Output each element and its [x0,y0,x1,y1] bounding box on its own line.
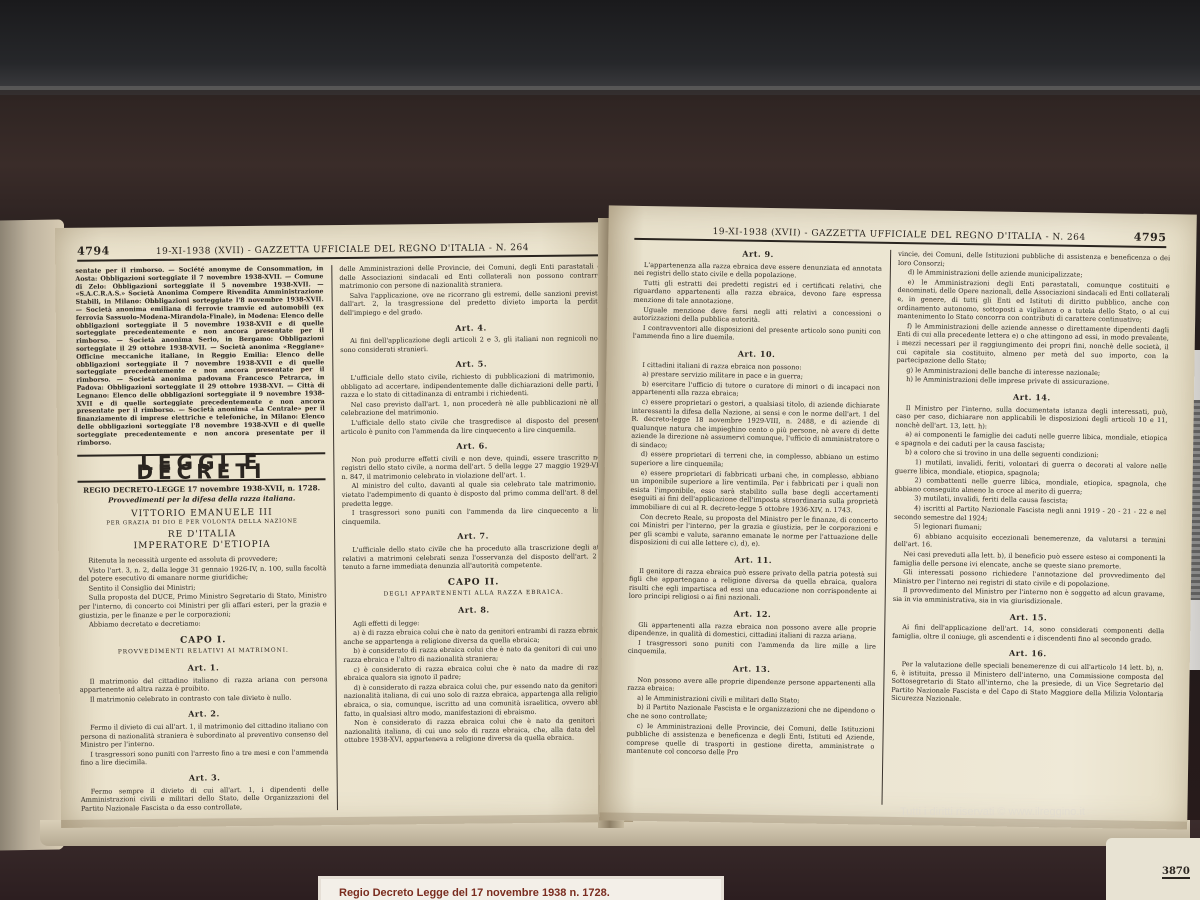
article-13-continuation: e) le Amministrazioni degli Enti parasta… [897,278,1170,325]
article-6-paragraph: Al ministro del culto, davanti al quale … [342,480,604,509]
king-grace-formula: PER GRAZIA DI DIO E PER VOLONTÀ DELLA NA… [78,517,326,528]
article-14-paragraph: Il provvedimento del Ministro per l'inte… [893,586,1165,607]
article-8-paragraph: d) è considerato di razza ebraica colui … [344,681,606,718]
left-running-head: 19-XI-1938 (XVII) - GAZZETTA UFFICIALE D… [156,243,529,257]
article-10-paragraph: c) essere proprietari o gestori, a quals… [631,398,880,453]
copyright-watermark: Tutti i diritti riservati © www.ilreggin… [900,806,1085,818]
article-6-paragraph: Non può produrre effetti civili e non de… [341,453,603,482]
right-column-divider [881,250,891,805]
left-page-column-1: sentate per il rimborso. — Société anony… [75,265,329,814]
article-12-title: Art. 12. [628,608,876,620]
adjacent-exhibit-number: 3870 [1162,866,1190,879]
article-12-paragraph: I trasgressori sono puniti con l'ammenda… [628,639,876,660]
article-8-title: Art. 8. [343,604,605,615]
right-page-header: 19-XI-1938 (XVII) - GAZZETTA UFFICIALE D… [634,220,1166,248]
article-2-paragraph: I trasgressori sono puniti con l'arresto… [80,748,328,768]
article-8-paragraph: a) è di razza ebraica colui che è nato d… [343,626,605,646]
article-4-title: Art. 4. [340,322,602,333]
preamble-line: Sulla proposta del DUCE, Primo Ministro … [79,592,327,620]
display-shelf-edge [0,86,1200,90]
article-13-paragraph: c) le Amministrazioni delle Provincie, d… [626,721,875,759]
king-title-re: RE D'ITALIA [78,529,326,540]
right-page-column-1: Art. 9. L'appartenenza alla razza ebraic… [626,246,882,761]
article-14-title: Art. 14. [896,391,1168,404]
right-page-column-2: vincie, dei Comuni, delle Istituzioni pu… [891,250,1170,708]
article-5-title: Art. 5. [340,359,602,370]
preamble-line: Abbiamo decretato e decretiamo: [79,618,327,629]
left-page-header: 4794 19-XI-1938 (XVII) - GAZZETTA UFFICI… [77,236,605,262]
article-3-continuation: Salva l'applicazione, ove ne ricorrano g… [340,289,602,318]
article-3-paragraph: Fermo sempre il divieto di cui all'art. … [81,785,329,813]
left-column-divider [331,265,338,810]
article-8-paragraph: b) è considerato di razza ebraica colui … [343,645,605,665]
article-11-title: Art. 11. [629,554,877,566]
preamble-line: Visto l'art. 3, n. 2, della legge 31 gen… [78,564,326,584]
article-10-paragraph: Con decreto Reale, su proposta del Minis… [630,512,879,550]
article-14-paragraph: Il Ministro per l'interno, sulla documen… [895,403,1167,433]
gazette-right-page: 19-XI-1938 (XVII) - GAZZETTA UFFICIALE D… [599,205,1197,829]
article-4-paragraph: Ai fini dell'applicazione degli articoli… [340,334,602,354]
capo-1-title: CAPO I. [79,635,327,646]
exhibit-caption-card: Regio Decreto Legge del 17 novembre 1938… [318,876,724,900]
decree-subtitle: Provvedimenti per la difesa della razza … [78,494,326,505]
article-7-paragraph: L'ufficiale dello stato civile che ha pr… [342,543,604,572]
article-9-paragraph: Tutti gli estratti dei predetti registri… [633,279,881,309]
gazette-left-page: 4794 19-XI-1938 (XVII) - GAZZETTA UFFICI… [55,222,633,828]
capo-2-title: CAPO II. [343,577,605,588]
article-9-paragraph: I contravventori alle disposizioni del p… [633,324,881,345]
right-page-number: 4795 [1134,231,1167,245]
article-15-paragraph: Ai fini dell'applicazione dell'art. 14, … [892,623,1164,644]
king-title-imperatore: IMPERATORE D'ETIOPIA [78,541,326,552]
article-1-paragraph: Il matrimonio celebrato in contrasto con… [80,693,328,704]
adjacent-exhibit-card: 3870 [1106,838,1200,900]
article-3-title: Art. 3. [81,772,329,783]
article-8-paragraph: c) è considerato di razza ebraica colui … [343,663,605,683]
article-8-paragraph: Non è considerato di razza ebraica colui… [344,716,606,745]
article-2-paragraph: Fermo il divieto di cui all'art. 1, il m… [80,721,328,749]
bond-notices-text: sentate per il rimborso. — Société anony… [75,265,325,447]
left-page-number: 4794 [77,244,110,257]
left-page-column-2: delle Amministrazioni delle Provincie, d… [339,262,606,746]
article-6-title: Art. 6. [341,440,603,451]
capo-1-subtitle: Provvedimenti relativi ai matrimoni. [79,647,327,658]
article-7-title: Art. 7. [342,531,604,542]
capo-2-subtitle: Degli appartenenti alla razza ebraica. [343,589,605,600]
article-5-paragraph: L'ufficiale dello stato civile che trasg… [341,416,603,436]
article-5-paragraph: Nel caso previsto dall'art. 1, non proce… [341,398,603,418]
article-13-title: Art. 13. [628,663,876,675]
article-10-title: Art. 10. [632,348,880,360]
right-running-head: 19-XI-1938 (XVII) - GAZZETTA UFFICIALE D… [713,227,1086,243]
article-6-paragraph: I trasgressori sono puniti con l'ammenda… [342,507,604,527]
article-15-title: Art. 15. [892,610,1164,623]
article-5-paragraph: L'ufficiale dello stato civile, richiest… [340,371,602,400]
article-2-title: Art. 2. [80,709,328,720]
article-3-continuation: delle Amministrazioni delle Provincie, d… [339,262,601,291]
article-9-title: Art. 9. [634,248,882,260]
article-16-paragraph: Per la valutazione delle speciali beneme… [891,660,1164,707]
article-11-paragraph: Il genitore di razza ebraica può essere … [629,566,878,604]
article-16-title: Art. 16. [892,647,1164,660]
article-1-title: Art. 1. [79,662,327,673]
book-left-pages-stack [0,219,64,850]
article-10-paragraph: e) essere proprietari di fabbricati urba… [630,468,879,515]
article-13-continuation: f) le Amministrazioni delle aziende anne… [896,322,1169,369]
display-case-glass [0,0,1200,90]
section-title-leggi-decreti: LEGGI E DECRETI [77,453,325,483]
article-1-paragraph: Il matrimonio del cittadino italiano di … [80,675,328,695]
